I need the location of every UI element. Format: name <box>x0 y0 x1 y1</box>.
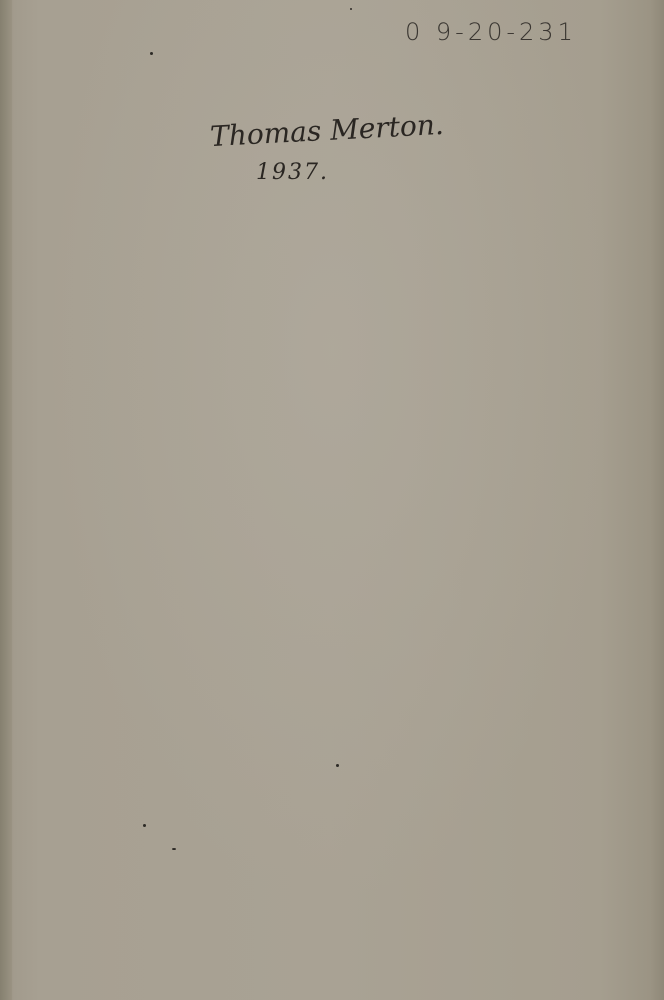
signature-year: 1937. <box>256 160 329 185</box>
paper-speck <box>143 824 146 827</box>
signature-name: Thomas Merton. <box>209 108 444 153</box>
spine-edge <box>0 0 12 1000</box>
catalog-number: 0 9-20-231 <box>405 18 577 46</box>
paper-speck <box>336 764 339 767</box>
paper-speck <box>150 52 153 55</box>
paper-speck <box>350 8 352 10</box>
book-page: 0 9-20-231 Thomas Merton. 1937. <box>0 0 664 1000</box>
paper-speck <box>172 848 176 850</box>
